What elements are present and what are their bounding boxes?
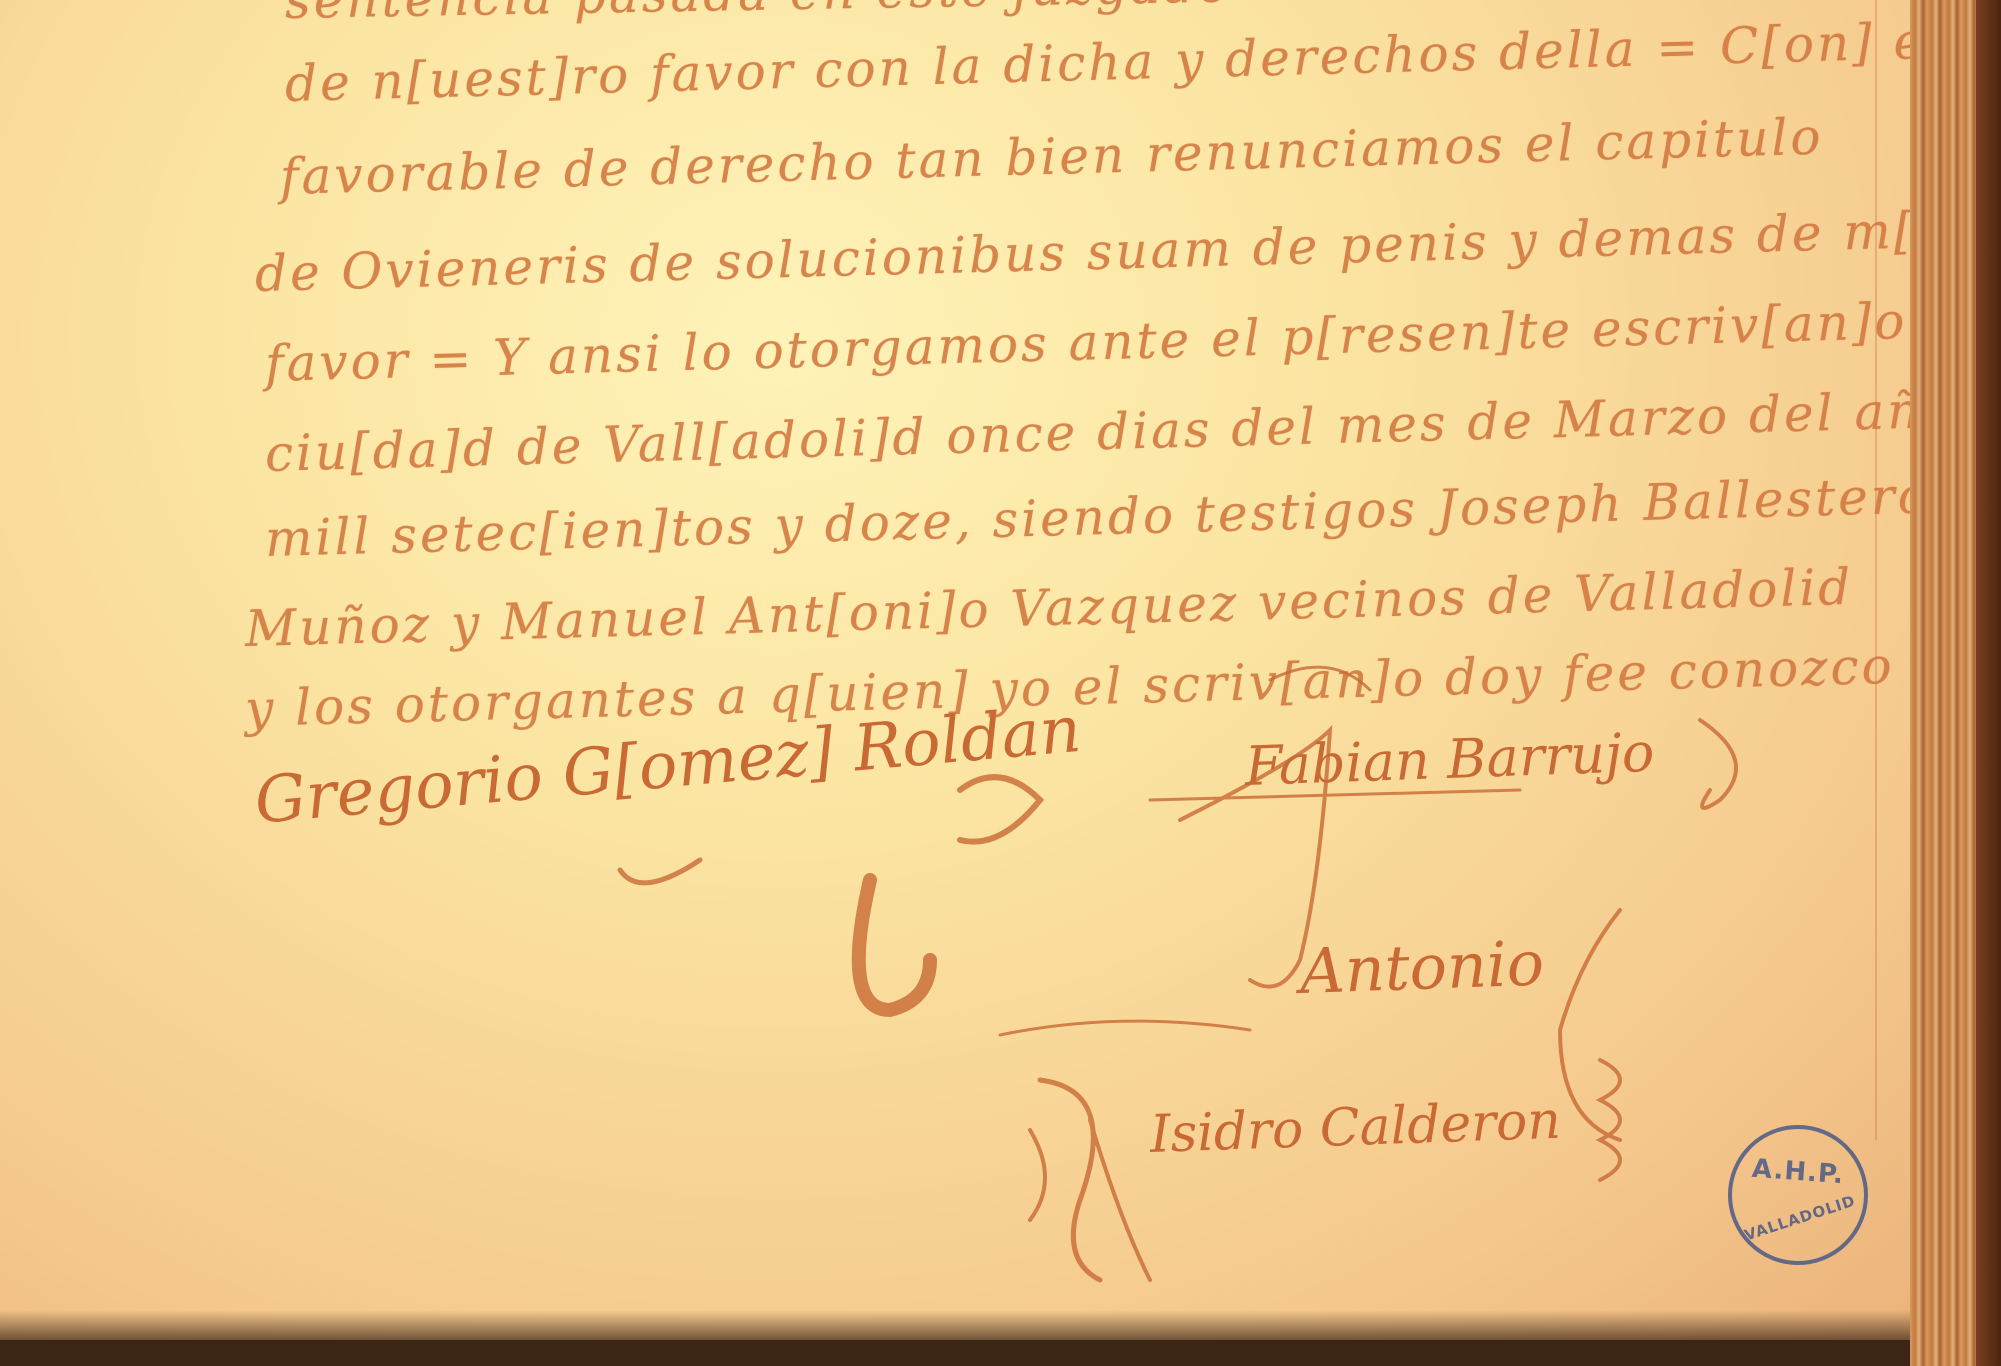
stamp-bottom-text: VALLADOLID: [1740, 1191, 1860, 1245]
archive-stamp: A.H.P. VALLADOLID: [1728, 1125, 1868, 1265]
stamp-top-text: A.H.P.: [1731, 1152, 1865, 1191]
manuscript-page: sentencia pasada en este juzgado de n[ue…: [0, 0, 1940, 1340]
signature-flourishes: [0, 0, 1940, 1340]
book-page-edges: [1910, 0, 2001, 1366]
